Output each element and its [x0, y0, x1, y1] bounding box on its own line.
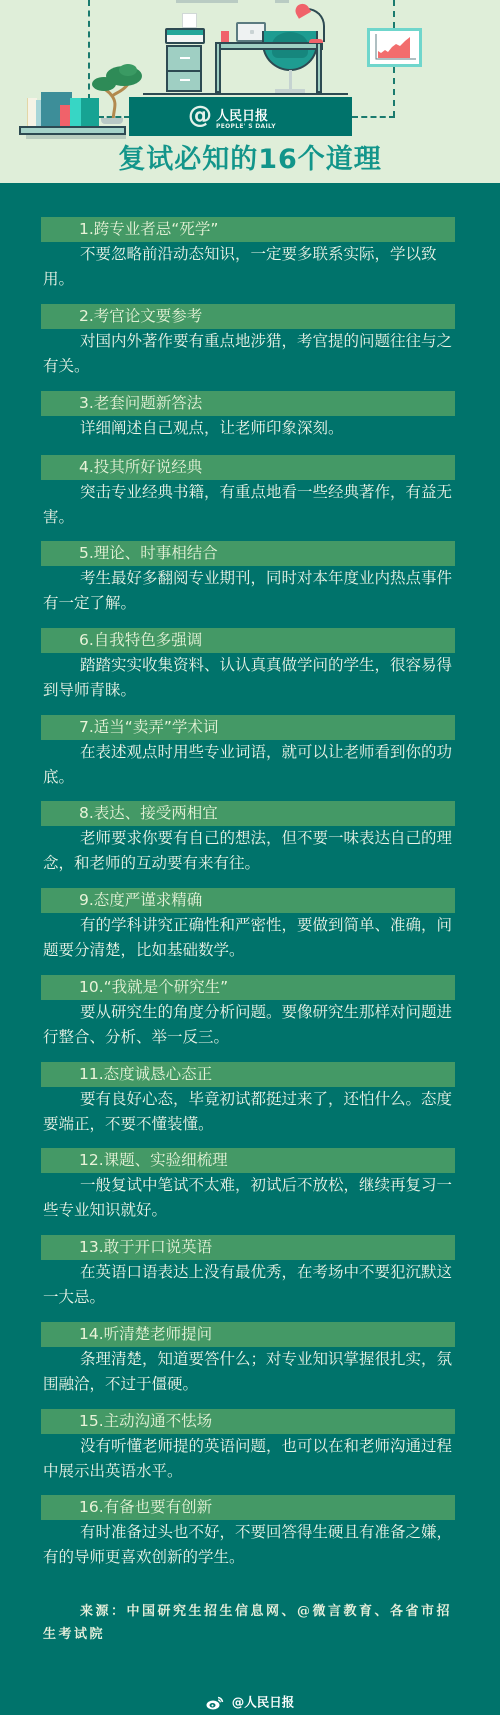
- item-body: 在表述观点时用些专业词语，就可以让老师看到你的功底。: [43, 740, 455, 790]
- item-body: 要从研究生的角度分析问题。要像研究生那样对问题进行整合、分析、举一反三。: [43, 1000, 455, 1050]
- shelf-shadow: [26, 135, 126, 139]
- brand-name-cn: 人民日报: [216, 105, 268, 124]
- item-body: 要有良好心态，毕竟初试都挺过来了，还怕什么。态度要端正，不要不懂装懂。: [43, 1087, 455, 1137]
- item-heading: 3.老套问题新答法: [41, 391, 455, 416]
- weibo-handle: @人民日报: [232, 1695, 295, 1710]
- dashed-line: [393, 0, 395, 28]
- paper-icon: [182, 13, 197, 28]
- item-heading: 15.主动沟通不怯场: [41, 1409, 455, 1434]
- item-heading: 14.听清楚老师提问: [41, 1322, 455, 1347]
- item-body: 条理清楚，知道要答什么；对专业知识掌握很扎实，氛围融洽，不过于僵硬。: [43, 1347, 455, 1397]
- item-heading: 13.敢于开口说英语: [41, 1235, 455, 1260]
- item-heading: 12.课题、实验细梳理: [41, 1148, 455, 1173]
- file-cabinet: [166, 45, 202, 92]
- desk: [215, 42, 323, 50]
- item-body: 有时准备过头也不好，不要回答得生硬且有准备之嫌，有的导师更喜欢创新的学生。: [43, 1520, 455, 1570]
- book-icon: [60, 105, 70, 126]
- item-body: 在英语口语表达上没有最优秀，在考场中不要犯沉默这一大忌。: [43, 1260, 455, 1310]
- source-note: 来源：中国研究生招生信息网、@微言教育、各省市招生考试院: [43, 1600, 455, 1646]
- item-heading: 6.自我特色多强调: [41, 628, 455, 653]
- printer-icon: [165, 28, 205, 44]
- item-body: 没有听懂老师提的英语问题，也可以在和老师沟通过程中展示出英语水平。: [43, 1434, 455, 1484]
- item-heading: 7.适当“卖弄”学术词: [41, 715, 455, 740]
- floor-line: [143, 93, 348, 95]
- weibo-icon: [206, 1696, 224, 1710]
- item-body: 一般复试中笔试不太难，初试后不放松，继续再复习一些专业知识就好。: [43, 1173, 455, 1223]
- item-heading: 8.表达、接受两相宜: [41, 801, 455, 826]
- header-illustration: @ 人民日报 PEOPLE' S DAILY 复试必知的16个道理: [0, 0, 500, 183]
- lamp-base: [309, 39, 323, 43]
- dashed-line: [393, 67, 395, 117]
- item-heading: 10.“我就是个研究生”: [41, 975, 455, 1000]
- bonsai-pot: [101, 118, 123, 124]
- desk-leg: [215, 42, 221, 93]
- brand-name-en: PEOPLE' S DAILY: [216, 123, 276, 130]
- item-body: 对国内外著作要有重点地涉猎，考官提的问题往往与之有关。: [43, 329, 455, 379]
- item-body: 考生最好多翻阅专业期刊，同时对本年度业内热点事件有一定了解。: [43, 566, 455, 616]
- chair-stem: [289, 70, 292, 91]
- item-heading: 1.跨专业者忌“死学”: [41, 217, 455, 242]
- item-body: 突击专业经典书籍，有重点地看一些经典著作，有益无害。: [43, 480, 455, 530]
- item-body: 不要忽略前沿动态知识，一定要多联系实际，学以致用。: [43, 242, 455, 292]
- page-title: 复试必知的16个道理: [0, 143, 500, 177]
- dashed-line: [352, 116, 395, 118]
- item-body: 踏踏实实收集资料、认认真真做学问的学生，很容易得到导师青睐。: [43, 653, 455, 703]
- item-heading: 2.考官论文要参考: [41, 304, 455, 329]
- at-icon: @: [188, 103, 212, 127]
- item-heading: 16.有备也要有创新: [41, 1495, 455, 1520]
- item-heading: 11.态度诚恳心态正: [41, 1062, 455, 1087]
- item-body: 详细阐述自己观点，让老师印象深刻。: [43, 416, 455, 441]
- wall-frame-2: [275, 0, 289, 3]
- bookshelf: [19, 126, 126, 135]
- wall-frame: [176, 0, 238, 3]
- desk-leg: [316, 42, 322, 93]
- wall-chart-icon: [367, 28, 422, 67]
- brand-logo: @ 人民日报 PEOPLE' S DAILY: [129, 97, 352, 136]
- footer-watermark: @人民日报: [0, 1693, 500, 1712]
- item-heading: 9.态度严谨求精确: [41, 888, 455, 913]
- item-heading: 4.投其所好说经典: [41, 455, 455, 480]
- pencil-cup-icon: [221, 31, 229, 42]
- item-body: 有的学科讲究正确性和严密性，要做到简单、准确，问题要分清楚，比如基础数学。: [43, 913, 455, 963]
- item-body: 老师要求你要有自己的想法，但不要一味表达自己的理念，和老师的互动要有来有往。: [43, 826, 455, 876]
- item-heading: 5.理论、时事相结合: [41, 541, 455, 566]
